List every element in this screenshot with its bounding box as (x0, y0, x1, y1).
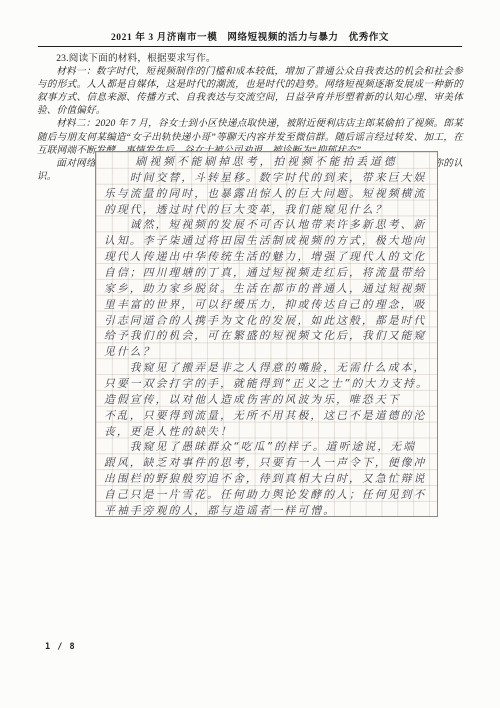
essay-line: 造假宣传，以对他人造成伤害的风波为乐，唯恐天下 (104, 392, 429, 408)
question-intro: 23.阅读下面的材料，根据要求写作。 (37, 52, 463, 65)
essay-line: 现代人传递出中华传统生活的魅力，增强了现代人的文化 (104, 249, 429, 265)
document-page: 2021 年 3 月济南市一模 网络短视频的活力与暴力 优秀作文 23.阅读下面… (0, 0, 500, 708)
essay-line: 出围栏的野狼般穷追不舍，待到真相大白时，又急忙辩说 (104, 471, 429, 487)
essay-line: 我窥见了愚昧群众“吃瓜”的样子。道听途说，无端 (104, 439, 429, 455)
essay-line: 丧，更是人性的缺失！ (104, 424, 429, 440)
essay-line: 诚然，短视频的发展不可否认地带来许多新思考、新 (104, 217, 429, 233)
essay-line: 时间交替，斗转星移。数字时代的到来，带来巨大娱 (104, 170, 429, 186)
handwritten-essay-grid: 刷视频不能刷掉思考，拍视频不能拍丢道德 时间交替，斗转星移。数字时代的到来，带来… (95, 151, 438, 517)
page-number: 1 / 8 (45, 642, 76, 652)
essay-line: 自信；四川理塘的丁真，通过短视频走红后，将流量带给 (104, 265, 429, 281)
essay-line: 给予我们的机会，可在繁盛的短视频文化后，我们又能窥 (104, 328, 429, 344)
essay-lines: 时间交替，斗转星移。数字时代的到来，带来巨大娱乐与流量的同时，也暴露出惊人的巨大… (104, 170, 429, 519)
essay-line: 引志同道合的人携手为文化的发展，如此这般，都是时代 (104, 313, 429, 329)
essay-line: 家乡，助力家乡脱贫。生活在都市的普通人，通过短视频 (104, 281, 429, 297)
document-title: 2021 年 3 月济南市一模 网络短视频的活力与暴力 优秀作文 (0, 0, 500, 43)
essay-line: 认知。李子柒通过将田园生活制成视频的方式，极大地向 (104, 233, 429, 249)
essay-line: 不乱，只要得到流量，无所不用其极，这已不是道德的沦 (104, 408, 429, 424)
essay-line: 跟风，缺乏对事件的思考，只要有一人一声令下，便像冲 (104, 455, 429, 471)
essay-title: 刷视频不能刷掉思考，拍视频不能拍丢道德 (104, 154, 429, 170)
essay-line: 里丰富的世界，可以纾缓压力，抑或传达自己的理念，吸 (104, 297, 429, 313)
essay-line: 见什么？ (104, 344, 429, 360)
header-divider (38, 46, 462, 47)
essay-line: 乐与流量的同时，也暴露出惊人的巨大问题。短视频横流 (104, 186, 429, 202)
essay-line: 自己只是一片雪花。任何助力舆论发酵的人；任何见到不 (104, 487, 429, 503)
essay-line: 平袖手旁观的人，都与造谣者一样可憎。 (104, 503, 429, 519)
essay-line: 只要一双会打字的手，就能得到“正义之士”的大力支持。 (104, 376, 429, 392)
material-one: 材料一：数字时代，短视频制作的门槛和成本较低，增加了普通公众自我表达的机会和社会… (37, 65, 463, 117)
essay-line: 的现代，透过时代的巨大变革，我们能窥见什么？ (104, 202, 429, 218)
essay-line: 我窥见了搬弄是非之人得意的嘴脸，无需什么成本， (104, 360, 429, 376)
